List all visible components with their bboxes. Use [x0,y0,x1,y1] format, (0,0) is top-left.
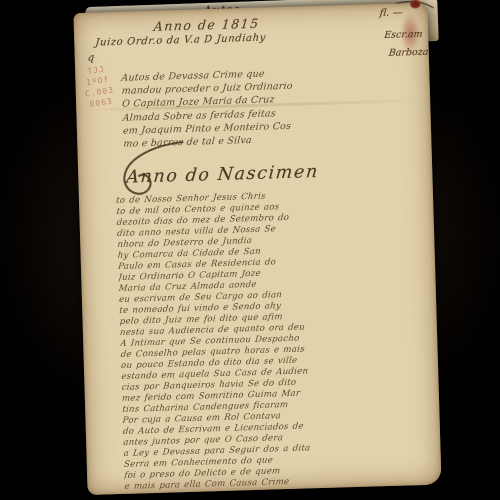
seal-mark [409,0,421,9]
year-line: Anno de 1815 [153,16,260,34]
photo-stage: Autos Anno de 1815 fl. — Escr.am Barboza… [0,0,500,500]
margin-mark: q [87,53,94,64]
manuscript-page: Anno de 1815 fl. — Escr.am Barboza Juizo… [73,3,441,495]
scribe-note-line1: Escr.am [384,29,423,41]
body-text: to de Nosso Senhor Jesus Christo de mil … [116,188,383,494]
court-line: Juizo Ordr.o da V.a D Jundiahy [95,32,267,48]
folio-note: fl. — [379,7,403,19]
scribe-note-line2: Barboza [388,47,429,59]
archive-stamp: TJJ1ºOfC.0030063 [75,62,123,112]
